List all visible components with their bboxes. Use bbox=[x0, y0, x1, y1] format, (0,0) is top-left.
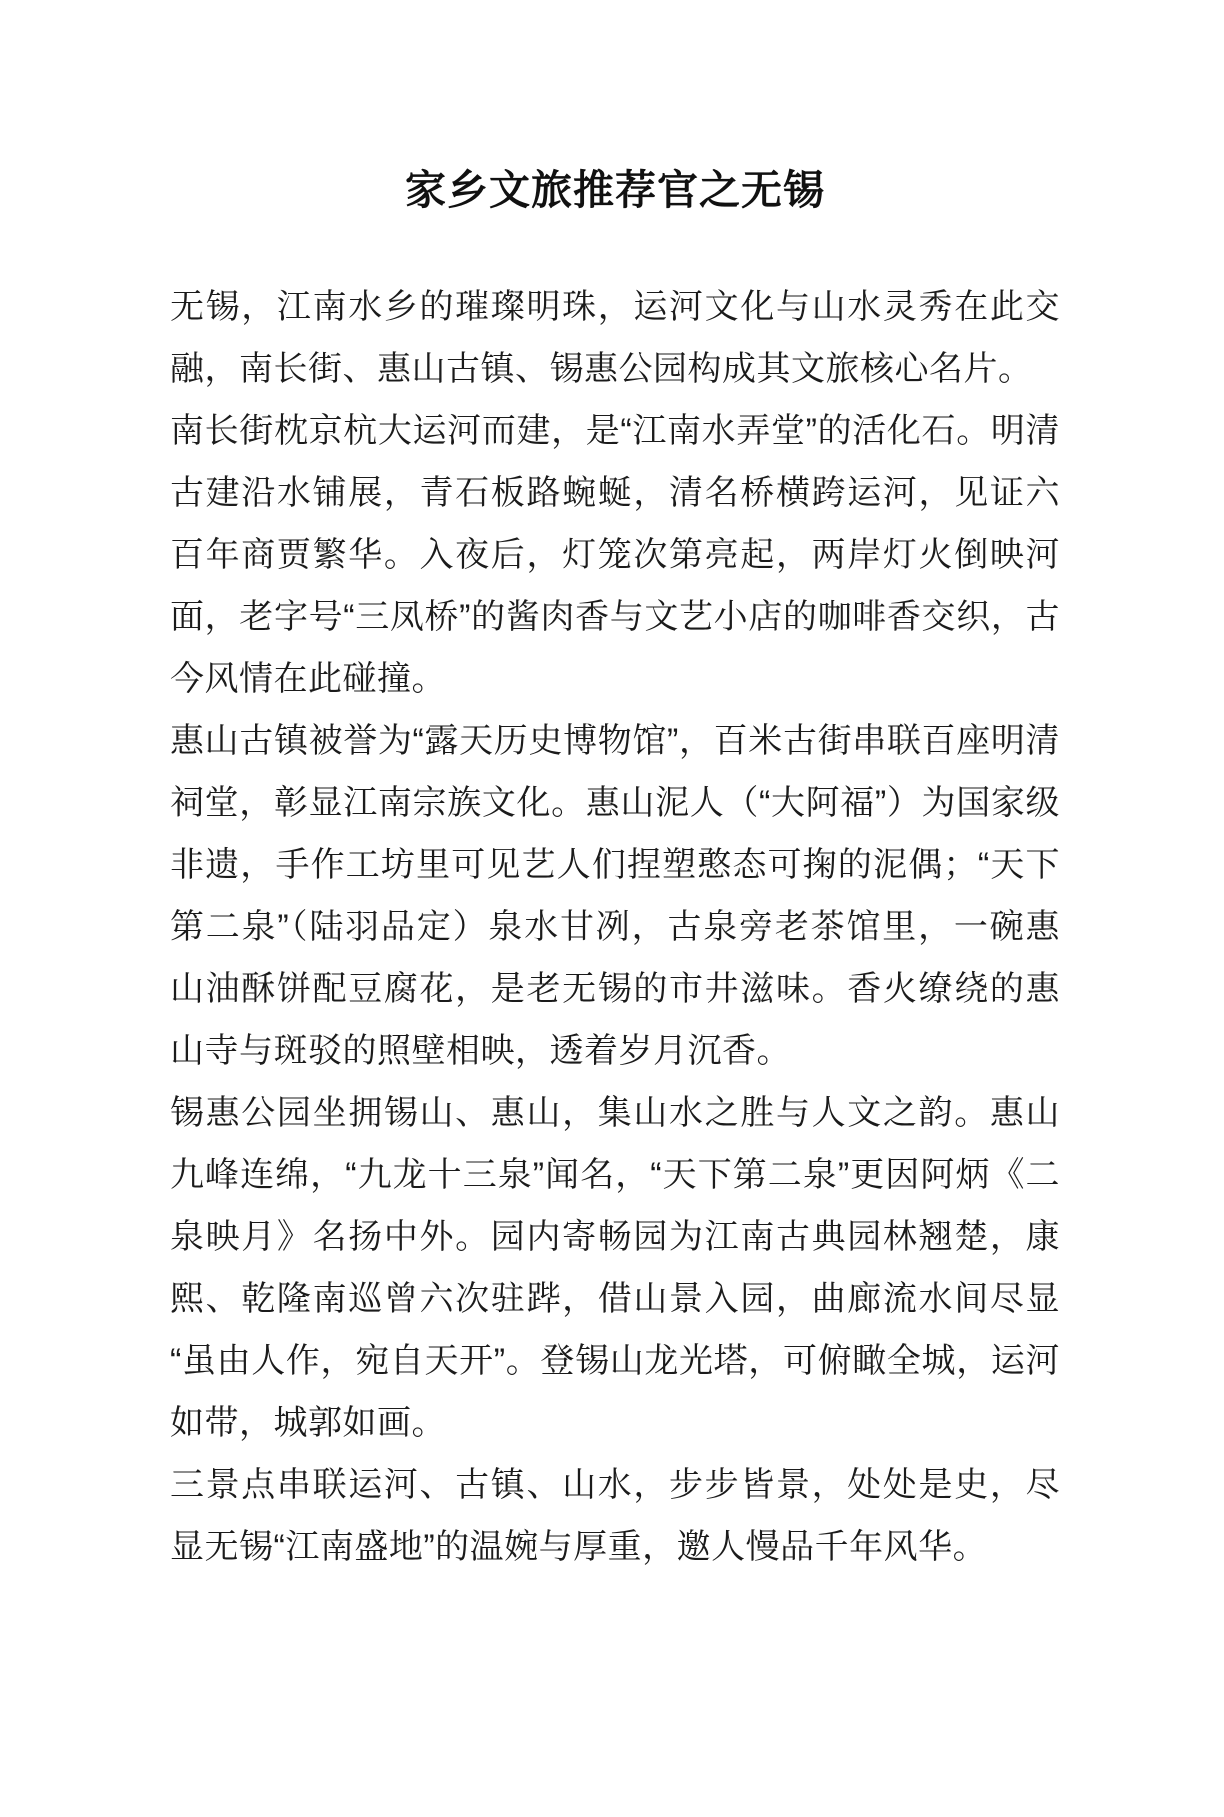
paragraph-nanchang-street: 南长街枕京杭大运河而建，是“江南水弄堂”的活化石。明清古建沿水铺展，青石板路蜿蜒… bbox=[170, 400, 1060, 710]
paragraph-conclusion: 三景点串联运河、古镇、山水，步步皆景，处处是史，尽显无锡“江南盛地”的温婉与厚重… bbox=[170, 1454, 1060, 1578]
paragraph-huishan-ancient-town: 惠山古镇被誉为“露天历史博物馆”，百米古街串联百座明清祠堂，彰显江南宗族文化。惠… bbox=[170, 710, 1060, 1082]
document-title: 家乡文旅推荐官之无锡 bbox=[170, 162, 1060, 218]
document-page: 家乡文旅推荐官之无锡 无锡，江南水乡的璀璨明珠，运河文化与山水灵秀在此交融，南长… bbox=[0, 0, 1224, 1817]
paragraph-intro: 无锡，江南水乡的璀璨明珠，运河文化与山水灵秀在此交融，南长街、惠山古镇、锡惠公园… bbox=[170, 276, 1060, 400]
document-body: 无锡，江南水乡的璀璨明珠，运河文化与山水灵秀在此交融，南长街、惠山古镇、锡惠公园… bbox=[170, 276, 1060, 1578]
paragraph-xihui-park: 锡惠公园坐拥锡山、惠山，集山水之胜与人文之韵。惠山九峰连绵，“九龙十三泉”闻名，… bbox=[170, 1082, 1060, 1454]
